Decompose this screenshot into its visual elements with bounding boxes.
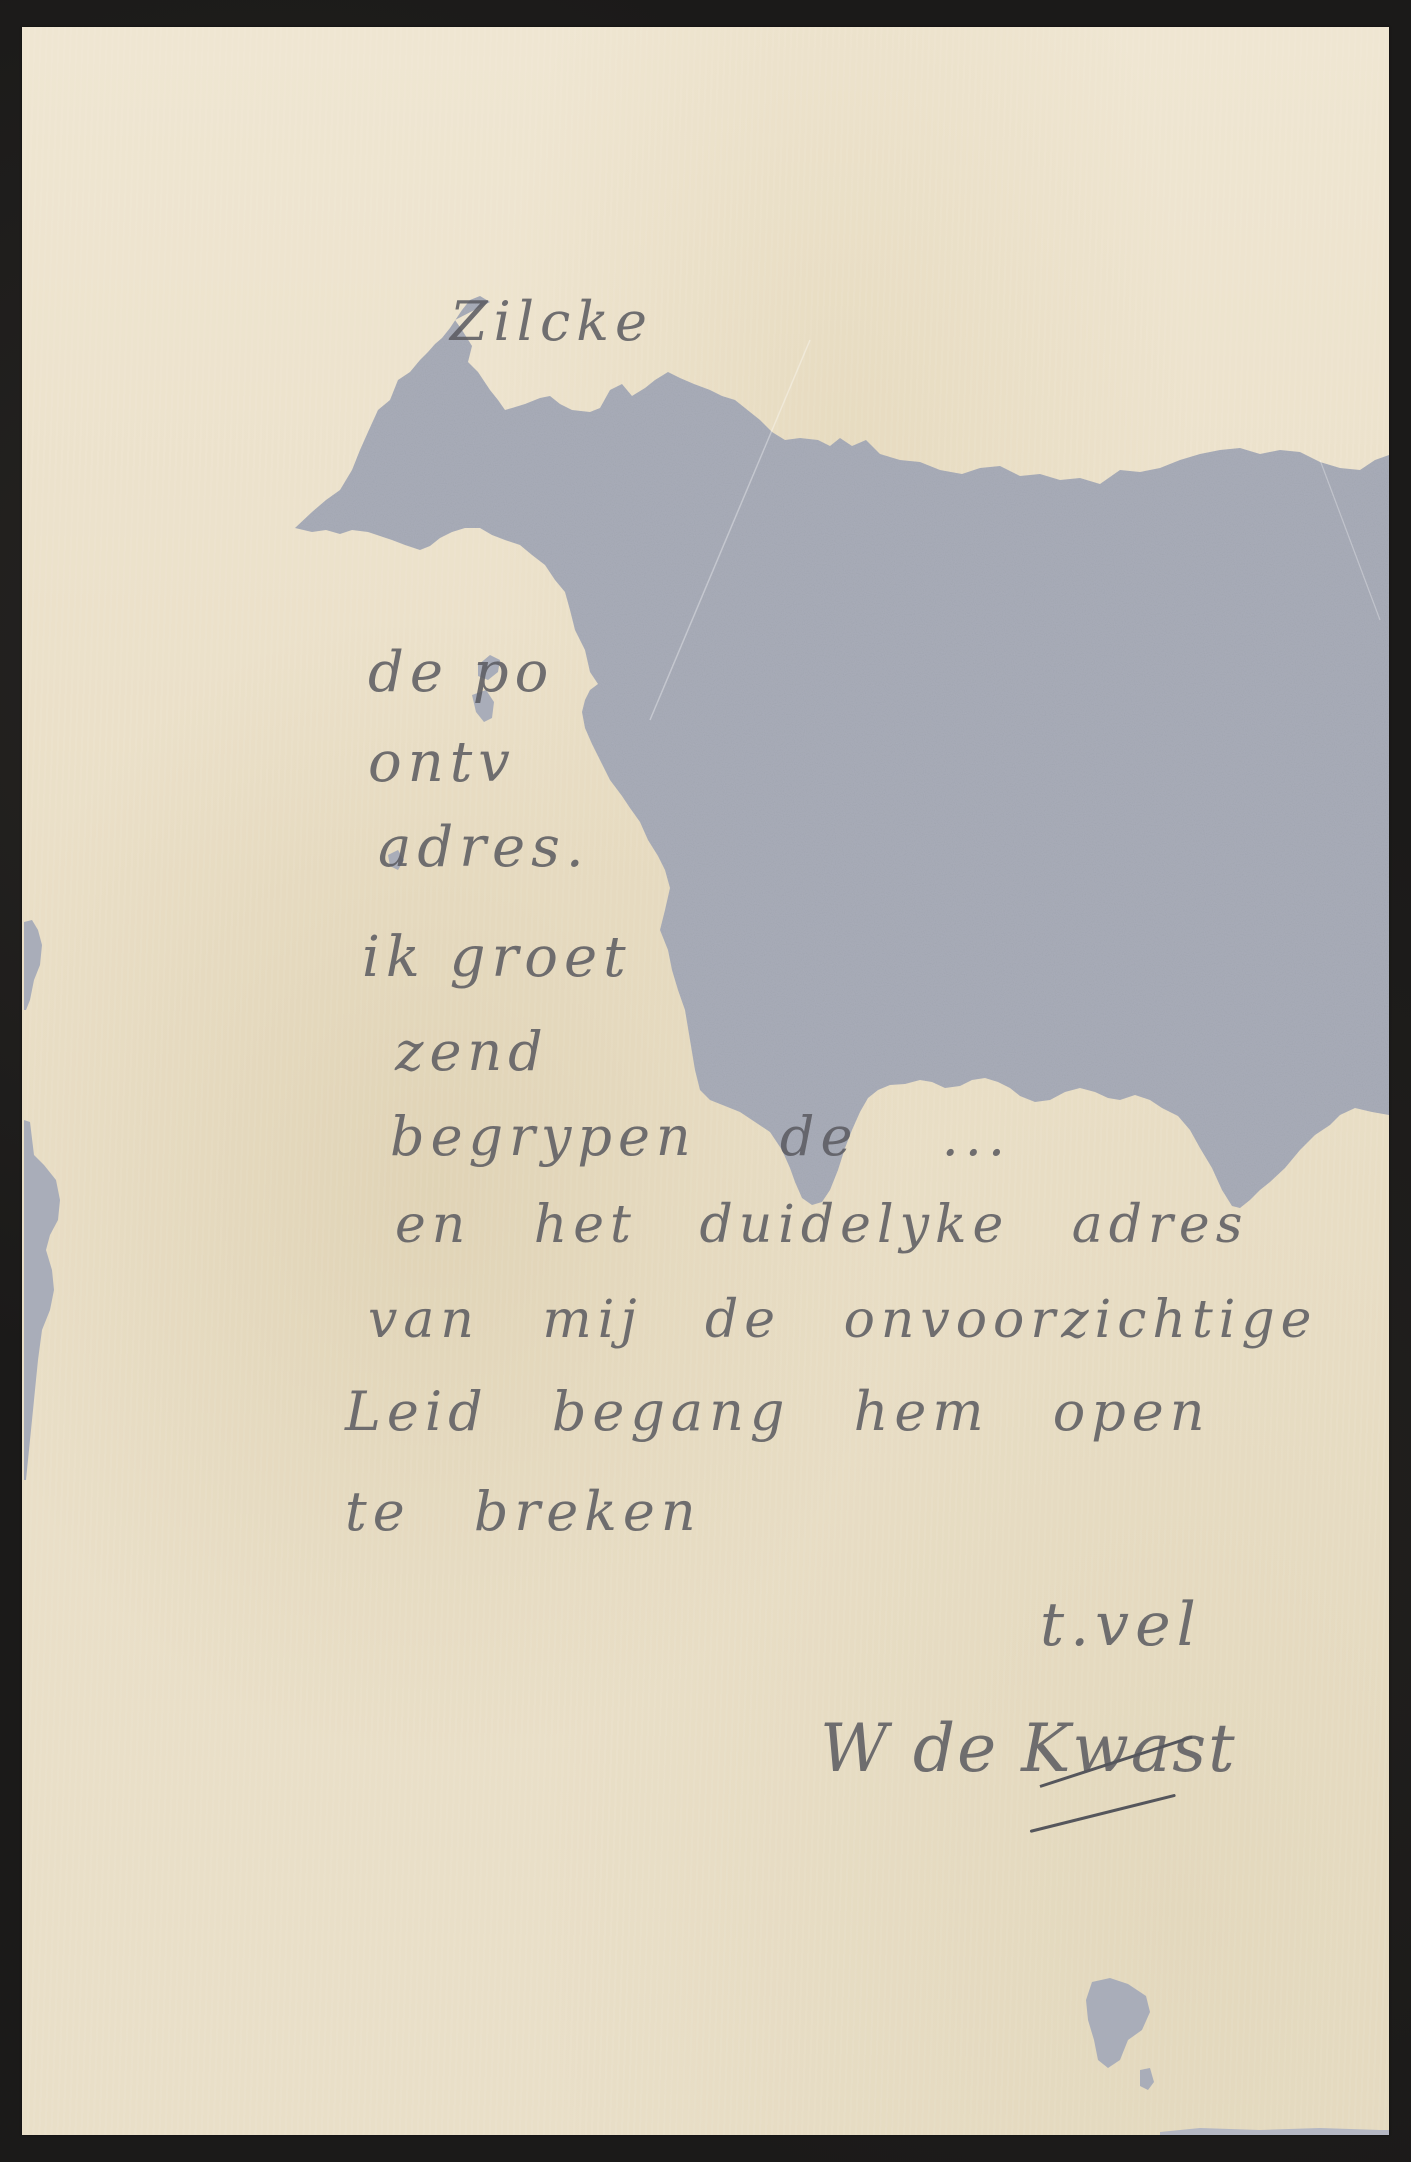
bottom-loss-1: [1086, 1978, 1150, 2068]
letter-line-7: en het duidelyke adres: [395, 1195, 1248, 1255]
letter-line-3: adres.: [378, 815, 590, 880]
greeting-line: Zilcke: [450, 290, 653, 353]
closing-line: t.vel: [1040, 1590, 1202, 1660]
bottom-loss-2: [1140, 2068, 1154, 2090]
letter-line-4: ik groet: [362, 925, 632, 990]
letter-line-5: zend: [395, 1020, 549, 1083]
signature: W de Kwast: [820, 1710, 1237, 1787]
left-edge-loss-1: [24, 920, 42, 1010]
letter-line-6: begrypen de ...: [390, 1105, 1011, 1168]
letter-line-9: Leid begang hem open: [345, 1380, 1211, 1443]
letter-line-2: ontv: [368, 730, 516, 795]
bottom-edge-loss: [1160, 2128, 1389, 2135]
letter-line-8: van mij de onvoorzichtige: [368, 1290, 1317, 1350]
paper-loss-tissue-areas: [0, 0, 1411, 2162]
left-edge-loss-2: [24, 1120, 60, 1480]
letter-line-10: te breken: [345, 1480, 702, 1543]
letter-line-1: de po: [368, 640, 554, 705]
